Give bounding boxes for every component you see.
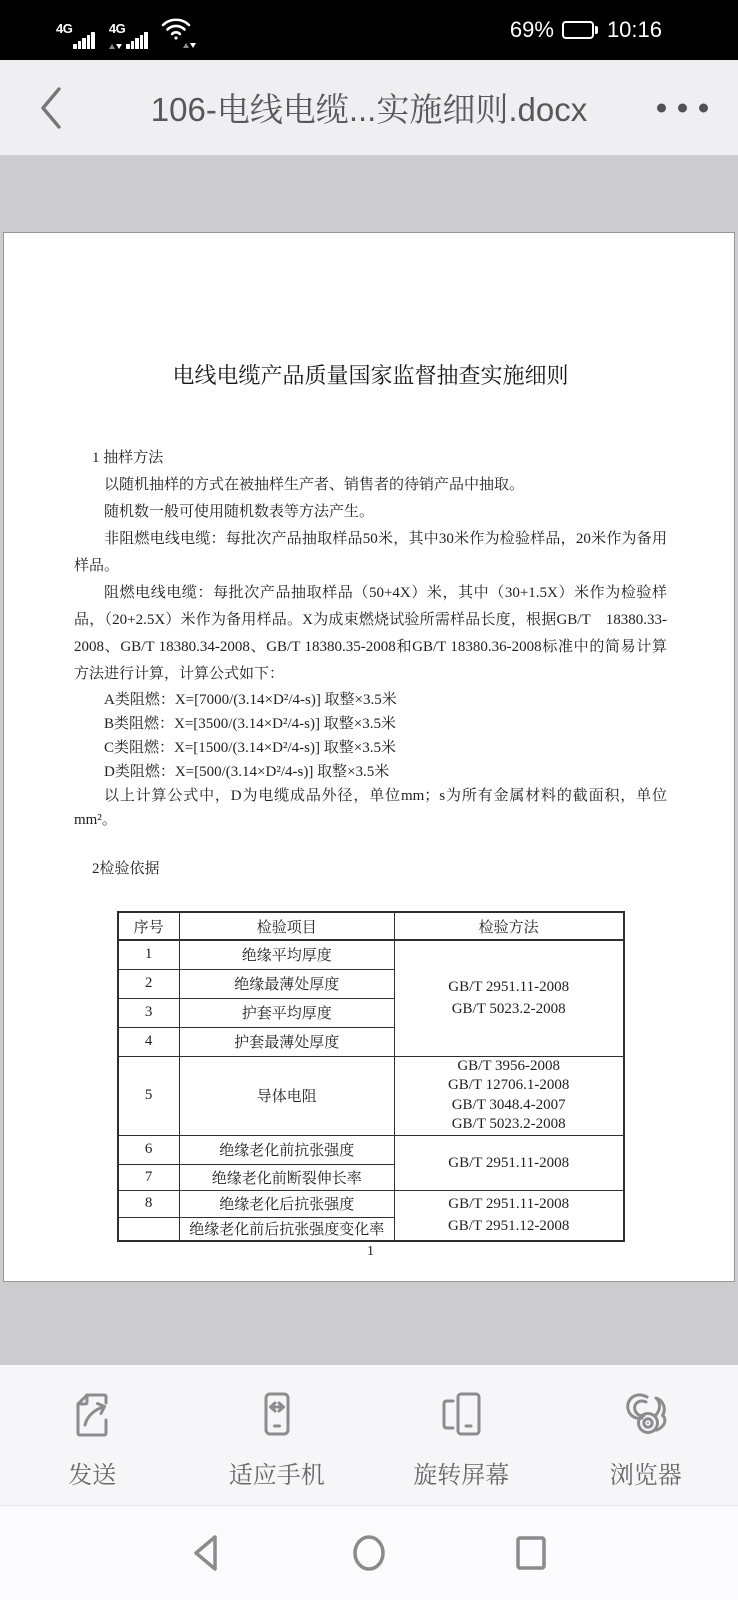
nav-back-button[interactable] <box>177 1531 237 1575</box>
android-nav-bar <box>0 1505 738 1600</box>
row-number: 8 <box>118 1190 180 1217</box>
toolbar-send-button[interactable]: 发送 <box>0 1365 185 1505</box>
document-page: 电线电缆产品质量国家监督抽查实施细则 1 抽样方法 以随机抽样的方式在被抽样生产… <box>3 232 735 1282</box>
toolbar-label: 浏览器 <box>610 1455 682 1490</box>
table-row: 1 绝缘平均厚度 GB/T 2951.11-2008 GB/T 5023.2-2… <box>118 940 624 969</box>
row-number: 7 <box>118 1164 180 1190</box>
more-options-icon <box>657 103 666 112</box>
status-bar: 4G 4G <box>0 0 738 60</box>
column-header: 检验项目 <box>179 912 394 940</box>
home-circle-icon <box>349 1531 389 1575</box>
toolbar-browser-button[interactable]: 浏览器 <box>554 1365 738 1505</box>
toolbar-label: 适应手机 <box>229 1455 325 1490</box>
formula-note: 以上计算公式中，D为电缆成品外径，单位mm；s为所有金属材料的截面积，单位mm²… <box>74 784 667 832</box>
formula-line: D类阻燃：X=[500/(3.14×D²/4-s)] 取整×3.5米 <box>74 760 667 784</box>
row-number: 2 <box>118 969 180 998</box>
inspection-basis-table: 序号 检验项目 检验方法 1 绝缘平均厚度 GB/T 2951.11-2008 … <box>117 911 625 1242</box>
back-triangle-icon <box>187 1531 227 1575</box>
table-row: 8 绝缘老化后抗张强度 GB/T 2951.11-2008 GB/T 2951.… <box>118 1190 624 1217</box>
paragraph: 随机数一般可使用随机数表等方法产生。 <box>74 499 667 526</box>
inspection-item: 绝缘平均厚度 <box>179 940 394 969</box>
recents-square-icon <box>511 1531 551 1575</box>
sim1-signal-icon: 4G <box>56 22 95 49</box>
send-document-icon <box>64 1386 120 1442</box>
inspection-item: 绝缘老化后抗张强度 <box>179 1190 394 1217</box>
paragraph: 非阻燃电线电缆：每批次产品抽取样品50米，其中30米作为检验样品，20米作为备用… <box>74 526 667 580</box>
back-chevron-icon <box>37 85 67 131</box>
row-number <box>118 1217 180 1241</box>
inspection-item: 绝缘老化前后抗张强度变化率 <box>179 1217 394 1241</box>
toolbar-rotate-screen-button[interactable]: 旋转屏幕 <box>369 1365 554 1505</box>
column-header: 序号 <box>118 912 180 940</box>
status-left-cluster: 4G 4G <box>56 11 192 49</box>
sim1-network-label: 4G <box>56 22 72 35</box>
nav-recents-button[interactable] <box>501 1531 561 1575</box>
column-header: 检验方法 <box>394 912 623 940</box>
uc-browser-squirrel-icon <box>618 1386 674 1442</box>
table-row: 5 导体电阻 GB/T 3956-2008 GB/T 12706.1-2008 … <box>118 1056 624 1135</box>
sim2-network-label: 4G <box>109 22 125 35</box>
bottom-toolbar: 发送 适应手机 旋转屏幕 <box>0 1365 738 1505</box>
inspection-method: GB/T 2951.11-2008 GB/T 5023.2-2008 <box>394 940 623 1056</box>
formula-line: A类阻燃：X=[7000/(3.14×D²/4-s)] 取整×3.5米 <box>74 688 667 712</box>
wifi-icon <box>160 16 192 47</box>
signal-bars-icon <box>126 32 148 49</box>
inspection-item: 绝缘老化前抗张强度 <box>179 1135 394 1164</box>
inspection-item: 护套平均厚度 <box>179 998 394 1027</box>
inspection-item: 护套最薄处厚度 <box>179 1027 394 1056</box>
row-number: 4 <box>118 1027 180 1056</box>
row-number: 1 <box>118 940 180 969</box>
phone-screen: 4G 4G <box>0 0 738 1600</box>
toolbar-fit-phone-button[interactable]: 适应手机 <box>185 1365 370 1505</box>
signal-bars-icon <box>73 32 95 49</box>
inspection-item: 导体电阻 <box>179 1056 394 1135</box>
app-title-bar: 106-电线电缆...实施细则.docx <box>0 60 738 155</box>
formula-line: B类阻燃：X=[3500/(3.14×D²/4-s)] 取整×3.5米 <box>74 712 667 736</box>
page-number: 1 <box>74 1244 667 1260</box>
inspection-method: GB/T 2951.11-2008 GB/T 2951.12-2008 <box>394 1190 623 1241</box>
toolbar-label: 发送 <box>68 1455 116 1490</box>
document-viewport[interactable]: 电线电缆产品质量国家监督抽查实施细则 1 抽样方法 以随机抽样的方式在被抽样生产… <box>0 155 738 1365</box>
status-right-cluster: 69% 10:16 <box>510 17 662 43</box>
document-filename: 106-电线电缆...实施细则.docx <box>151 84 587 131</box>
fit-to-phone-icon <box>249 1386 305 1442</box>
section1-heading: 1 抽样方法 <box>92 445 667 472</box>
wifi-traffic-arrows-icon <box>183 43 196 48</box>
battery-icon <box>562 21 599 39</box>
table-row: 6 绝缘老化前抗张强度 GB/T 2951.11-2008 <box>118 1135 624 1164</box>
nav-home-button[interactable] <box>339 1531 399 1575</box>
sim2-signal-icon: 4G <box>107 22 148 49</box>
inspection-method: GB/T 2951.11-2008 <box>394 1135 623 1190</box>
clock-label: 10:16 <box>607 17 662 43</box>
formula-line: C类阻燃：X=[1500/(3.14×D²/4-s)] 取整×3.5米 <box>74 736 667 760</box>
more-options-button[interactable] <box>653 93 712 122</box>
back-button[interactable] <box>32 82 72 134</box>
data-traffic-arrows-icon <box>109 44 122 49</box>
inspection-item: 绝缘最薄处厚度 <box>179 969 394 998</box>
inspection-item: 绝缘老化前断裂伸长率 <box>179 1164 394 1190</box>
row-number: 5 <box>118 1056 180 1135</box>
battery-percent-label: 69% <box>510 17 554 43</box>
rotate-screen-icon <box>433 1386 489 1442</box>
table-header-row: 序号 检验项目 检验方法 <box>118 912 624 940</box>
toolbar-label: 旋转屏幕 <box>413 1455 509 1490</box>
paragraph: 阻燃电线电缆：每批次产品抽取样品（50+4X）米，其中（30+1.5X）米作为检… <box>74 580 667 688</box>
row-number: 3 <box>118 998 180 1027</box>
row-number: 6 <box>118 1135 180 1164</box>
inspection-method: GB/T 3956-2008 GB/T 12706.1-2008 GB/T 30… <box>394 1056 623 1135</box>
section2-heading: 2检验依据 <box>92 856 667 883</box>
paragraph: 以随机抽样的方式在被抽样生产者、销售者的待销产品中抽取。 <box>74 472 667 499</box>
document-heading: 电线电缆产品质量国家监督抽查实施细则 <box>74 359 667 390</box>
